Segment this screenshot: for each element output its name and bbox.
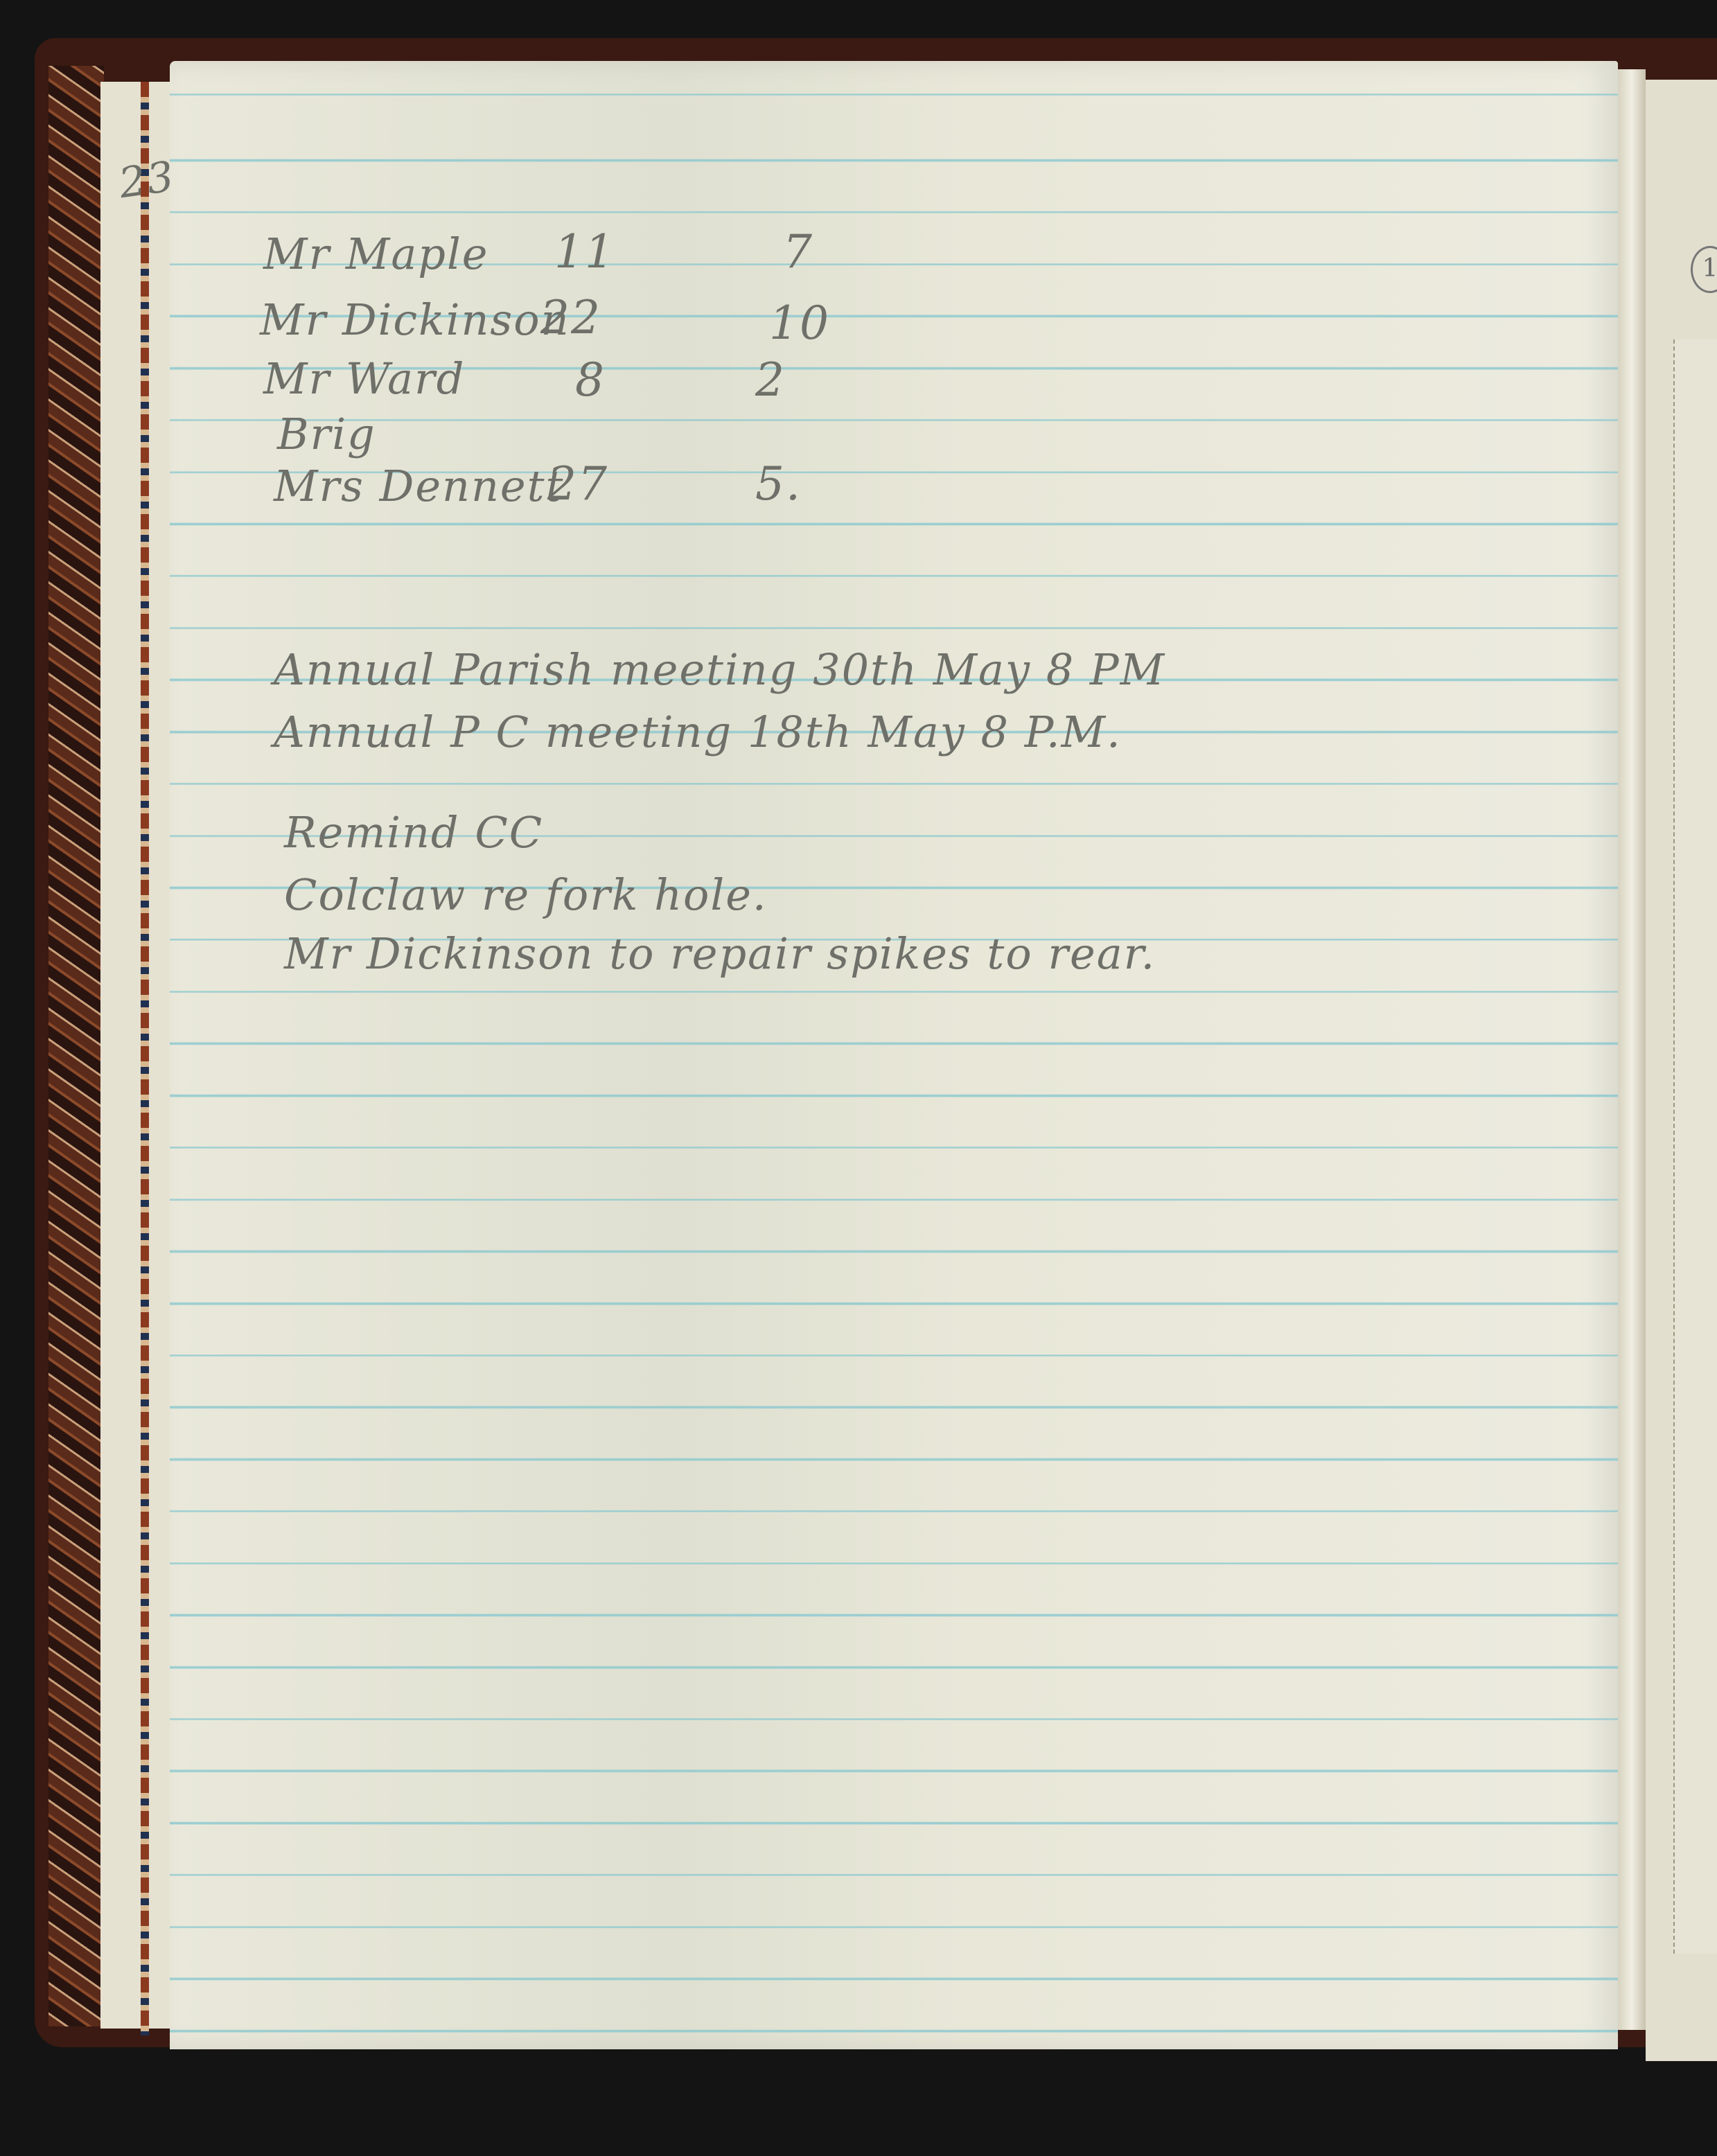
entry-name: Brig [277,409,376,459]
note-line: Remind CC [284,807,543,858]
binding-gutter [1618,69,1646,2030]
note-line: Colclaw re fork hole. [284,869,768,920]
page-number: 23 [116,152,178,209]
entry-value1: 11 [554,225,615,279]
entry-value2: 10 [769,297,830,350]
note-line: Mr Dickinson to repair spikes to rear. [284,928,1156,979]
next-page-inset [1673,339,1717,1954]
entry-value2: 5. [755,457,802,511]
entry-value1: 27 [547,457,608,511]
marbled-edge [49,66,104,2026]
entry-name: Mr Maple [263,229,489,279]
entry-name: Mr Dickinson [260,294,570,345]
meeting-line: Annual Parish meeting 30th May 8 PM [274,644,1165,695]
entry-value1: 22 [540,291,601,344]
page-edge-strip [141,82,149,2035]
entry-value2: 7 [783,225,813,279]
entry-name: Mr Ward [263,353,465,404]
meeting-line: Annual P C meeting 18th May 8 P.M. [274,707,1122,757]
entry-name: Mrs Dennett [274,461,564,511]
entry-value2: 2 [755,353,786,407]
entry-value1: 8 [575,353,606,407]
previous-page-edge [100,82,171,2029]
